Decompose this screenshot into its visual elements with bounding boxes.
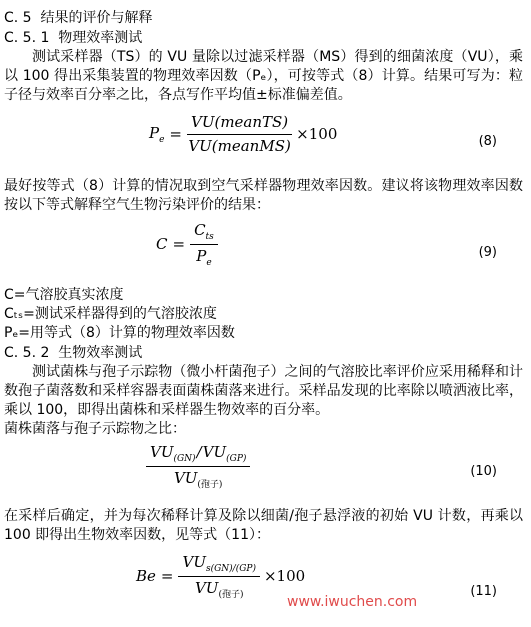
definition-pe: Pₑ=用等式（8）计算的物理效率因数	[4, 324, 523, 343]
equation-11-numerator-base: VU	[182, 553, 205, 571]
equation-8-numerator: VU(meanTS)	[187, 113, 292, 135]
paragraph-after-sampling: 在采样后确定，并为每次稀释计算及除以细菌/孢子悬浮液的初始 VU 计数，再乘以 …	[4, 507, 523, 545]
document-page: C. 5 结果的评价与解释 C. 5. 1 物理效率测试 测试采样器（TS）的 …	[0, 0, 531, 627]
equation-8-body: Pe = VU(meanTS) VU(meanMS) ×100	[149, 113, 337, 156]
equation-10-body: VU(GN)/VU(GP) VU(孢子)	[146, 443, 250, 490]
equation-9-lhs-base: C	[156, 235, 167, 253]
label-colony-spore-ratio: 菌株菌落与孢子示踪物之比：	[4, 420, 523, 439]
equation-10-number: (10)	[470, 462, 497, 481]
equation-9-numerator: Cts	[190, 221, 218, 245]
equation-9-equals: =	[172, 235, 185, 254]
equation-8-lhs: Pe	[149, 124, 164, 145]
equation-9: C = Cts Pe (9)	[4, 221, 523, 268]
equation-8: Pe = VU(meanTS) VU(meanMS) ×100 (8)	[4, 113, 523, 159]
equation-10-denominator: VU(孢子)	[174, 467, 223, 490]
equation-8-lhs-subscript: e	[159, 135, 164, 145]
heading-results-evaluation: C. 5 结果的评价与解释	[4, 8, 523, 28]
equation-11: Be = VUs(GN)/(GP) VU(孢子) ×100 (11)	[4, 553, 523, 601]
equation-8-fraction: VU(meanTS) VU(meanMS)	[187, 113, 292, 156]
equation-11-lhs-base: Be	[136, 567, 156, 585]
equation-9-lhs: C	[156, 235, 167, 254]
paragraph-physical-efficiency: 测试采样器（TS）的 VU 量除以过滤采样器（MS）得到的细菌浓度（VU），乘以…	[4, 48, 523, 105]
equation-10: VU(GN)/VU(GP) VU(孢子) (10)	[4, 443, 523, 491]
equation-11-lhs: Be	[136, 567, 156, 586]
equation-10-fraction: VU(GN)/VU(GP) VU(孢子)	[146, 443, 250, 490]
paragraph-interpretation: 最好按等式（8）计算的情况取到空气采样器物理效率因数。建议将该物理效率因数按以下…	[4, 177, 523, 215]
equation-11-denominator-subscript: (孢子)	[218, 590, 243, 600]
equation-8-number: (8)	[479, 132, 497, 151]
definition-cts: Cₜₛ=测试采样器得到的气溶胶浓度	[4, 305, 523, 324]
equation-10-denominator-subscript: (孢子)	[197, 480, 222, 490]
equation-8-denominator-text: VU(meanMS)	[188, 137, 291, 155]
watermark-url-link[interactable]: www.iwuchen.com	[287, 593, 417, 612]
equation-11-equals: =	[161, 567, 174, 586]
equation-9-number: (9)	[479, 243, 497, 262]
equation-10-numerator: VU(GN)/VU(GP)	[146, 443, 250, 467]
equation-8-denominator: VU(meanMS)	[188, 135, 291, 156]
equation-8-numerator-text: VU(meanTS)	[191, 113, 288, 131]
heading-physical-efficiency-test: C. 5. 1 物理效率测试	[4, 28, 523, 48]
equation-9-numerator-base: C	[194, 221, 205, 239]
equation-9-body: C = Cts Pe	[156, 221, 218, 268]
equation-8-lhs-base: P	[149, 124, 159, 142]
equation-10-numerator-a-subscript: (GN)	[173, 454, 195, 464]
equation-10-numerator-a-base: VU	[150, 443, 173, 461]
definition-c: C=气溶胶真实浓度	[4, 286, 523, 305]
equation-11-denominator: VU(孢子)	[195, 577, 244, 600]
equation-8-multiplier: ×100	[296, 125, 337, 144]
equation-10-denominator-base: VU	[174, 469, 197, 487]
equation-11-denominator-base: VU	[195, 579, 218, 597]
equation-9-fraction: Cts Pe	[190, 221, 218, 268]
equation-11-body: Be = VUs(GN)/(GP) VU(孢子) ×100	[136, 553, 305, 600]
equation-11-number: (11)	[470, 582, 497, 601]
equation-10-numerator-b-subscript: (GP)	[226, 454, 246, 464]
equation-9-denominator-subscript: e	[206, 258, 211, 268]
equation-8-equals: =	[169, 125, 182, 144]
equation-10-slash: /	[196, 443, 203, 461]
paragraph-biological-efficiency: 测试菌株与孢子示踪物（微小杆菌孢子）之间的气溶胶比率评价应采用稀释和计数孢子菌落…	[4, 363, 523, 420]
equation-10-numerator-b-base: VU	[203, 443, 226, 461]
equation-11-fraction: VUs(GN)/(GP) VU(孢子)	[178, 553, 260, 600]
equation-11-numerator-subscript: s(GN)/(GP)	[206, 564, 256, 574]
equation-9-denominator-base: P	[196, 247, 206, 265]
equation-9-denominator: Pe	[196, 245, 211, 268]
equation-11-numerator: VUs(GN)/(GP)	[178, 553, 260, 577]
heading-biological-efficiency-test: C. 5. 2 生物效率测试	[4, 343, 523, 363]
equation-11-multiplier: ×100	[264, 567, 305, 586]
equation-9-numerator-subscript: ts	[206, 232, 214, 242]
